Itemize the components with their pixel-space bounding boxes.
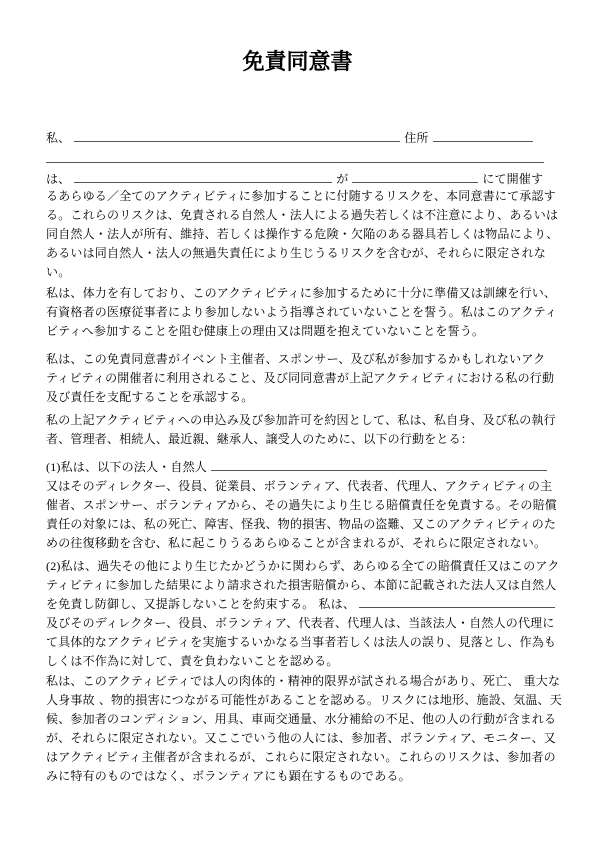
paragraph-line: 催者、スポンサー、ボランティアから、その過失により生じる賠償責任を免責する。その… xyxy=(46,496,550,515)
paragraph-risks: 私は、このアクティビティでは人の肉体的・精神的限界が試される場合があり、死亡、 … xyxy=(46,672,550,786)
clause-2: (2)私は、過失その他により生じたかどうかに関わらず、あらゆる全ての賠償責任又は… xyxy=(46,557,550,671)
header-fields: 私、 住所 は、 が にて開催す xyxy=(46,129,550,189)
paragraph-line: 人身事故 、物的損害につながる可能性があることを認める。リスクには地形、施設、気… xyxy=(46,691,550,710)
paragraph-line: ティビティに参加した結果により請求された損害賠償から、本節に記載された法人又は自… xyxy=(46,576,550,595)
paragraph-acknowledge: 私は、この免責同意書がイベント主催者、スポンサー、及び私が参加するかもしれないア… xyxy=(46,350,550,407)
paragraph-intro: るあらゆる／全てのアクティビティに参加することに付随するリスクを、本同意書にて承… xyxy=(46,187,550,282)
paragraph-line: 私は、このアクティビティでは人の肉体的・精神的限界が試される場合があり、死亡、 … xyxy=(46,672,550,691)
venue-blank-field[interactable] xyxy=(352,170,478,183)
clause-1-first-line: (1)私は、以下の法人・自然人 xyxy=(46,458,550,477)
name-blank-field[interactable] xyxy=(74,129,400,142)
paragraph-line: 及び責任を支配することを承認する。 xyxy=(46,388,550,407)
name-address-line: 私、 住所 xyxy=(46,129,550,148)
organizer-particle-label: が xyxy=(336,172,348,186)
clause-1: (1)私は、以下の法人・自然人 又はそのディレクター、役員、従業員、ボランティア… xyxy=(46,458,550,553)
paragraph-line: 候、参加者のコンディション、用具、車両交通量、水分補給の不足、他の人の行動が含ま… xyxy=(46,710,550,729)
paragraph-line: 有資格者の医療従事者により参加しないよう指導されていないことを誓う。私はこのアク… xyxy=(46,303,550,322)
paragraph-line: て具体的なアクティビティを実施するいかなる当事者若しくは法人の誤り、見落とし、作… xyxy=(46,633,550,652)
paragraph-line-text: 私は、過失その他により生じたかどうかに関わらず、あらゆる全ての賠償責任又はこのア… xyxy=(61,559,560,573)
paragraph-line: 責任の対象には、私の死亡、障害、怪我、物的損害、物品の盗難、又このアクティビティ… xyxy=(46,515,550,534)
clause-1-lead-text: 私は、以下の法人・自然人 xyxy=(61,460,207,474)
paragraph-line: 私の上記アクティビティへの申込み及び参加許可を約因として、私は、私自身、及び私の… xyxy=(46,411,550,430)
document-title: 免責同意書 xyxy=(0,48,595,78)
address-continuation-line xyxy=(46,150,550,169)
clause-number: (2) xyxy=(46,559,61,573)
paragraph-line: 私は、体力を有しており、このアクティビティに参加するために十分に準備又は訓練を行… xyxy=(46,284,550,303)
address-label: 住所 xyxy=(404,131,428,145)
paragraph-line-text: を免責し防御し、又提訴しないことを約束する。 私は、 xyxy=(46,597,355,611)
paragraph-line: はアクティビティ主催者が含まれるが、これらに限定されない。これらのリスクは、参加… xyxy=(46,748,550,767)
paragraph-line: めの往復移動を含む、私に起こりうるあらゆることが含まれるが、それらに限定されない… xyxy=(46,534,550,553)
name-prefix-label: 私、 xyxy=(46,131,70,145)
paragraph-line: る。これらのリスクは、免責される自然人・法人による過失若しくは不注意により、ある… xyxy=(46,206,550,225)
paragraph-line: 又はそのディレクター、役員、従業員、ボランティア、代表者、代理人、アクティビティ… xyxy=(46,477,550,496)
party-name-blank-field[interactable] xyxy=(359,595,555,608)
paragraph-line: あるいは同自然人・法人の無過失責任により生じうるリスクを含むが、それらに限定され… xyxy=(46,244,550,263)
clause-2-blank-line: を免責し防御し、又提訴しないことを約束する。 私は、 xyxy=(46,595,550,614)
paragraph-line: るあらゆる／全てのアクティビティに参加することに付随するリスクを、本同意書にて承… xyxy=(46,187,550,206)
clause-number: (1) xyxy=(46,460,61,474)
clause-2-first-line: (2)私は、過失その他により生じたかどうかに関わらず、あらゆる全ての賠償責任又は… xyxy=(46,557,550,576)
paragraph-line: しくは不作為に対して、責を負わないことを認める。 xyxy=(46,652,550,671)
venue-suffix-label: にて開催す xyxy=(482,172,543,186)
address-blank-field-2[interactable] xyxy=(46,150,544,163)
paragraph-line: 私は、この免責同意書がイベント主催者、スポンサー、及び私が参加するかもしれないア… xyxy=(46,350,550,369)
paragraph-line: い。 xyxy=(46,263,550,282)
paragraph-line: ティビティの開催者に利用されること、及び同同意書が上記アクティビティにおける私の… xyxy=(46,369,550,388)
paragraph-line: 者、管理者、相続人、最近親、継承人、譲受人のために、以下の行動をとる： xyxy=(46,430,550,449)
paragraph-line: みに特有のものではなく、ボランティアにも顕在するものである。 xyxy=(46,767,550,786)
organizer-prefix-label: は、 xyxy=(46,172,70,186)
paragraph-line: ビティへ参加することを阻む健康上の理由又は問題を抱えていないことを誓う。 xyxy=(46,322,550,341)
waiver-document-page: 免責同意書 私、 住所 は、 が にて開催す るあらゆる／全てのアクティビティに… xyxy=(0,0,595,841)
paragraph-line: 及びそのディレクター、役員、ボランティア、代表者、代理人は、当該法人・自然人の代… xyxy=(46,614,550,633)
address-blank-field-1[interactable] xyxy=(433,129,533,142)
organizer-blank-field[interactable] xyxy=(74,170,332,183)
paragraph-line: 同自然人・法人が所有、維持、若しくは操作する危険・欠陥のある器具若しくは物品によ… xyxy=(46,225,550,244)
released-party-blank-field[interactable] xyxy=(211,458,547,471)
paragraph-fitness: 私は、体力を有しており、このアクティビティに参加するために十分に準備又は訓練を行… xyxy=(46,284,550,341)
paragraph-consideration: 私の上記アクティビティへの申込み及び参加許可を約因として、私は、私自身、及び私の… xyxy=(46,411,550,449)
paragraph-line: が、それらに限定されない。又ここでいう他の人には、参加者、ボランティア、モニター… xyxy=(46,729,550,748)
